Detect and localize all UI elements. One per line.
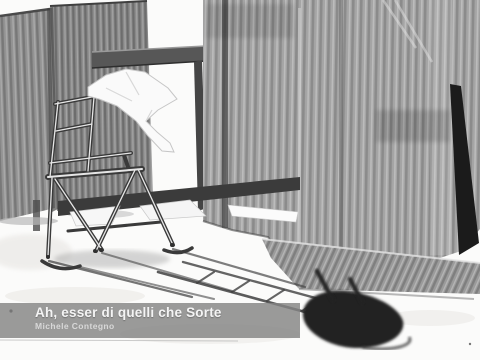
caption-title: Ah, esser di quelli che Sorte <box>35 305 222 320</box>
caption-author: Michele Contegno <box>35 321 115 331</box>
caption-band: Ah, esser di quelli che Sorte Michele Co… <box>0 303 300 338</box>
video-frame: Ah, esser di quelli che Sorte Michele Co… <box>0 0 480 360</box>
